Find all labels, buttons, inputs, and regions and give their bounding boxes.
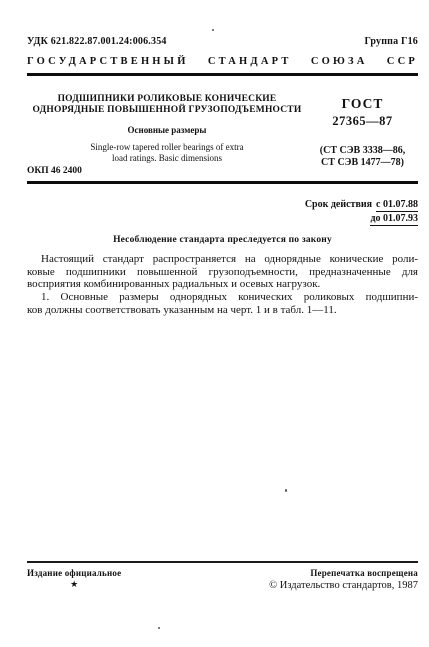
gost-label: ГОСТ [307,96,418,112]
paragraph-line: Настоящий стандарт распространяется на о… [27,253,418,266]
document-page: УДК 621.822.87.001.24:006.354 Группа Г16… [0,0,429,647]
bearing-title-en-line2: load ratings. Basic dimensions [27,153,307,164]
sev-ref-line2: СТ СЭВ 1477—78) [307,157,418,169]
group-code: Группа Г16 [364,36,418,47]
header-row: УДК 621.822.87.001.24:006.354 Группа Г16 [27,36,418,47]
footer-row: Издание официальное ★ Перепечатка воспре… [27,568,418,591]
validity-label: Срок действия [305,199,372,210]
official-edition-label: Издание официальное [27,568,121,578]
body-text: Настоящий стандарт распространяется на о… [27,253,418,317]
sev-references: (СТ СЭВ 3338—86, СТ СЭВ 1477—78) [307,145,418,169]
validity-line-to: до 01.07.93 [27,212,418,226]
bearing-title-en: Single-row tapered roller bearings of ex… [27,142,307,163]
state-standard-word: ССР [387,56,418,67]
scan-speck [212,29,214,31]
bearing-title-ru-line2: ОДНОРЯДНЫЕ ПОВЫШЕННОЙ ГРУЗОПОДЪЕМНОСТИ [27,105,307,116]
top-divider-rule [27,73,418,76]
bearing-title-ru-line1: ПОДШИПНИКИ РОЛИКОВЫЕ КОНИЧЕСКИЕ [27,94,307,105]
udc-code: УДК 621.822.87.001.24:006.354 [27,36,167,47]
subtitle-ru: Основные размеры [27,125,307,135]
paragraph-scope: Настоящий стандарт распространяется на о… [27,253,418,291]
reprint-notice: Перепечатка воспрещена [269,568,418,578]
paragraph-line: ковые подшипники повышенной грузоподъемн… [27,266,418,279]
paragraph-basic-dimensions: 1. Основные размеры однорядных конически… [27,291,418,316]
validity-to-date: до 01.07.93 [370,213,418,226]
page-footer: Издание официальное ★ Перепечатка воспре… [27,561,418,591]
footer-divider-rule [27,561,418,563]
paragraph-line: 1. Основные размеры однорядных конически… [27,291,418,304]
state-standard-word: ГОСУДАРСТВЕННЫЙ [27,56,189,67]
title-bottom-divider-rule [27,181,418,184]
sev-ref-line1: (СТ СЭВ 3338—86, [307,145,418,157]
state-standard-word: СТАНДАРТ [208,56,292,67]
legal-notice: Несоблюдение стандарта преследуется по з… [27,235,418,245]
gost-number: 27365—87 [307,114,418,129]
paragraph-line: ков должны соответствовать указанным на … [27,304,418,317]
title-left-column: ПОДШИПНИКИ РОЛИКОВЫЕ КОНИЧЕСКИЕ ОДНОРЯДН… [27,94,307,176]
validity-from-date: с 01.07.88 [376,199,418,212]
scan-speck [285,489,287,492]
validity-block: Срок действияс 01.07.88 до 01.07.93 [27,198,418,226]
copyright-line: © Издательство стандартов, 1987 [269,580,418,591]
okp-code: ОКП 46 2400 [27,166,307,176]
star-icon: ★ [27,579,121,590]
paragraph-line: восприятия комбинированных радиальных и … [27,278,418,291]
scan-speck [158,627,160,629]
bearing-title-en-line1: Single-row tapered roller bearings of ex… [27,142,307,153]
validity-line-from: Срок действияс 01.07.88 [27,198,418,212]
official-edition-block: Издание официальное ★ [27,568,121,591]
title-block: ПОДШИПНИКИ РОЛИКОВЫЕ КОНИЧЕСКИЕ ОДНОРЯДН… [27,94,418,176]
copyright-block: Перепечатка воспрещена © Издательство ст… [269,568,418,591]
state-standard-word: СОЮЗА [311,56,368,67]
state-standard-line: ГОСУДАРСТВЕННЫЙ СТАНДАРТ СОЮЗА ССР [27,56,418,67]
title-right-column: ГОСТ 27365—87 (СТ СЭВ 3338—86, СТ СЭВ 14… [307,94,418,176]
